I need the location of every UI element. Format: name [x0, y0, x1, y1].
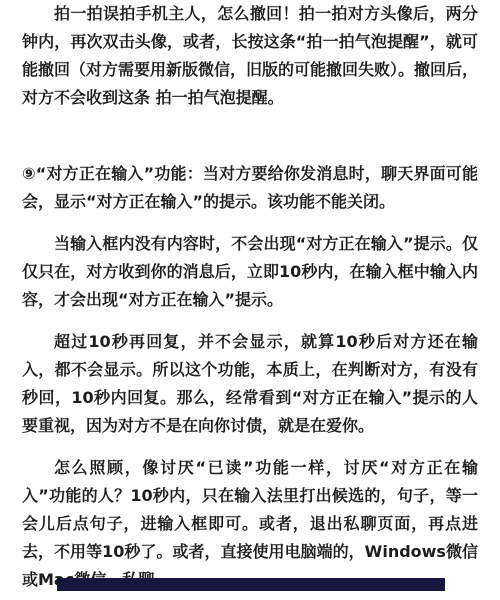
article-text-block: 拍一拍误拍手机主人，怎么撤回！拍一拍对方头像后，两分钟内，再次双击头像，或者，长…: [22, 0, 478, 600]
paragraph-typing-indicator-timeout: 超过10秒再回复，并不会显示，就算10秒后对方还在输入，都不会显示。所以这个功能…: [22, 328, 478, 440]
paragraph-typing-indicator-intro: ⑨“对方正在输入”功能：当对方要给你发消息时，聊天界面可能会，显示“对方正在输入…: [22, 160, 478, 216]
paragraph-typing-indicator-avoid: 怎么照顾，像讨厌“已读”功能一样，讨厌“对方正在输入”功能的人？10秒内，只在输…: [22, 454, 478, 594]
paragraph-typing-indicator-condition: 当输入框内没有内容时，不会出现“对方正在输入”提示。仅仅只在，对方收到你的消息后…: [22, 230, 478, 314]
paragraph-pat-undo: 拍一拍误拍手机主人，怎么撤回！拍一拍对方头像后，两分钟内，再次双击头像，或者，长…: [22, 0, 478, 112]
partially-visible-next-content-bar: [57, 578, 445, 591]
